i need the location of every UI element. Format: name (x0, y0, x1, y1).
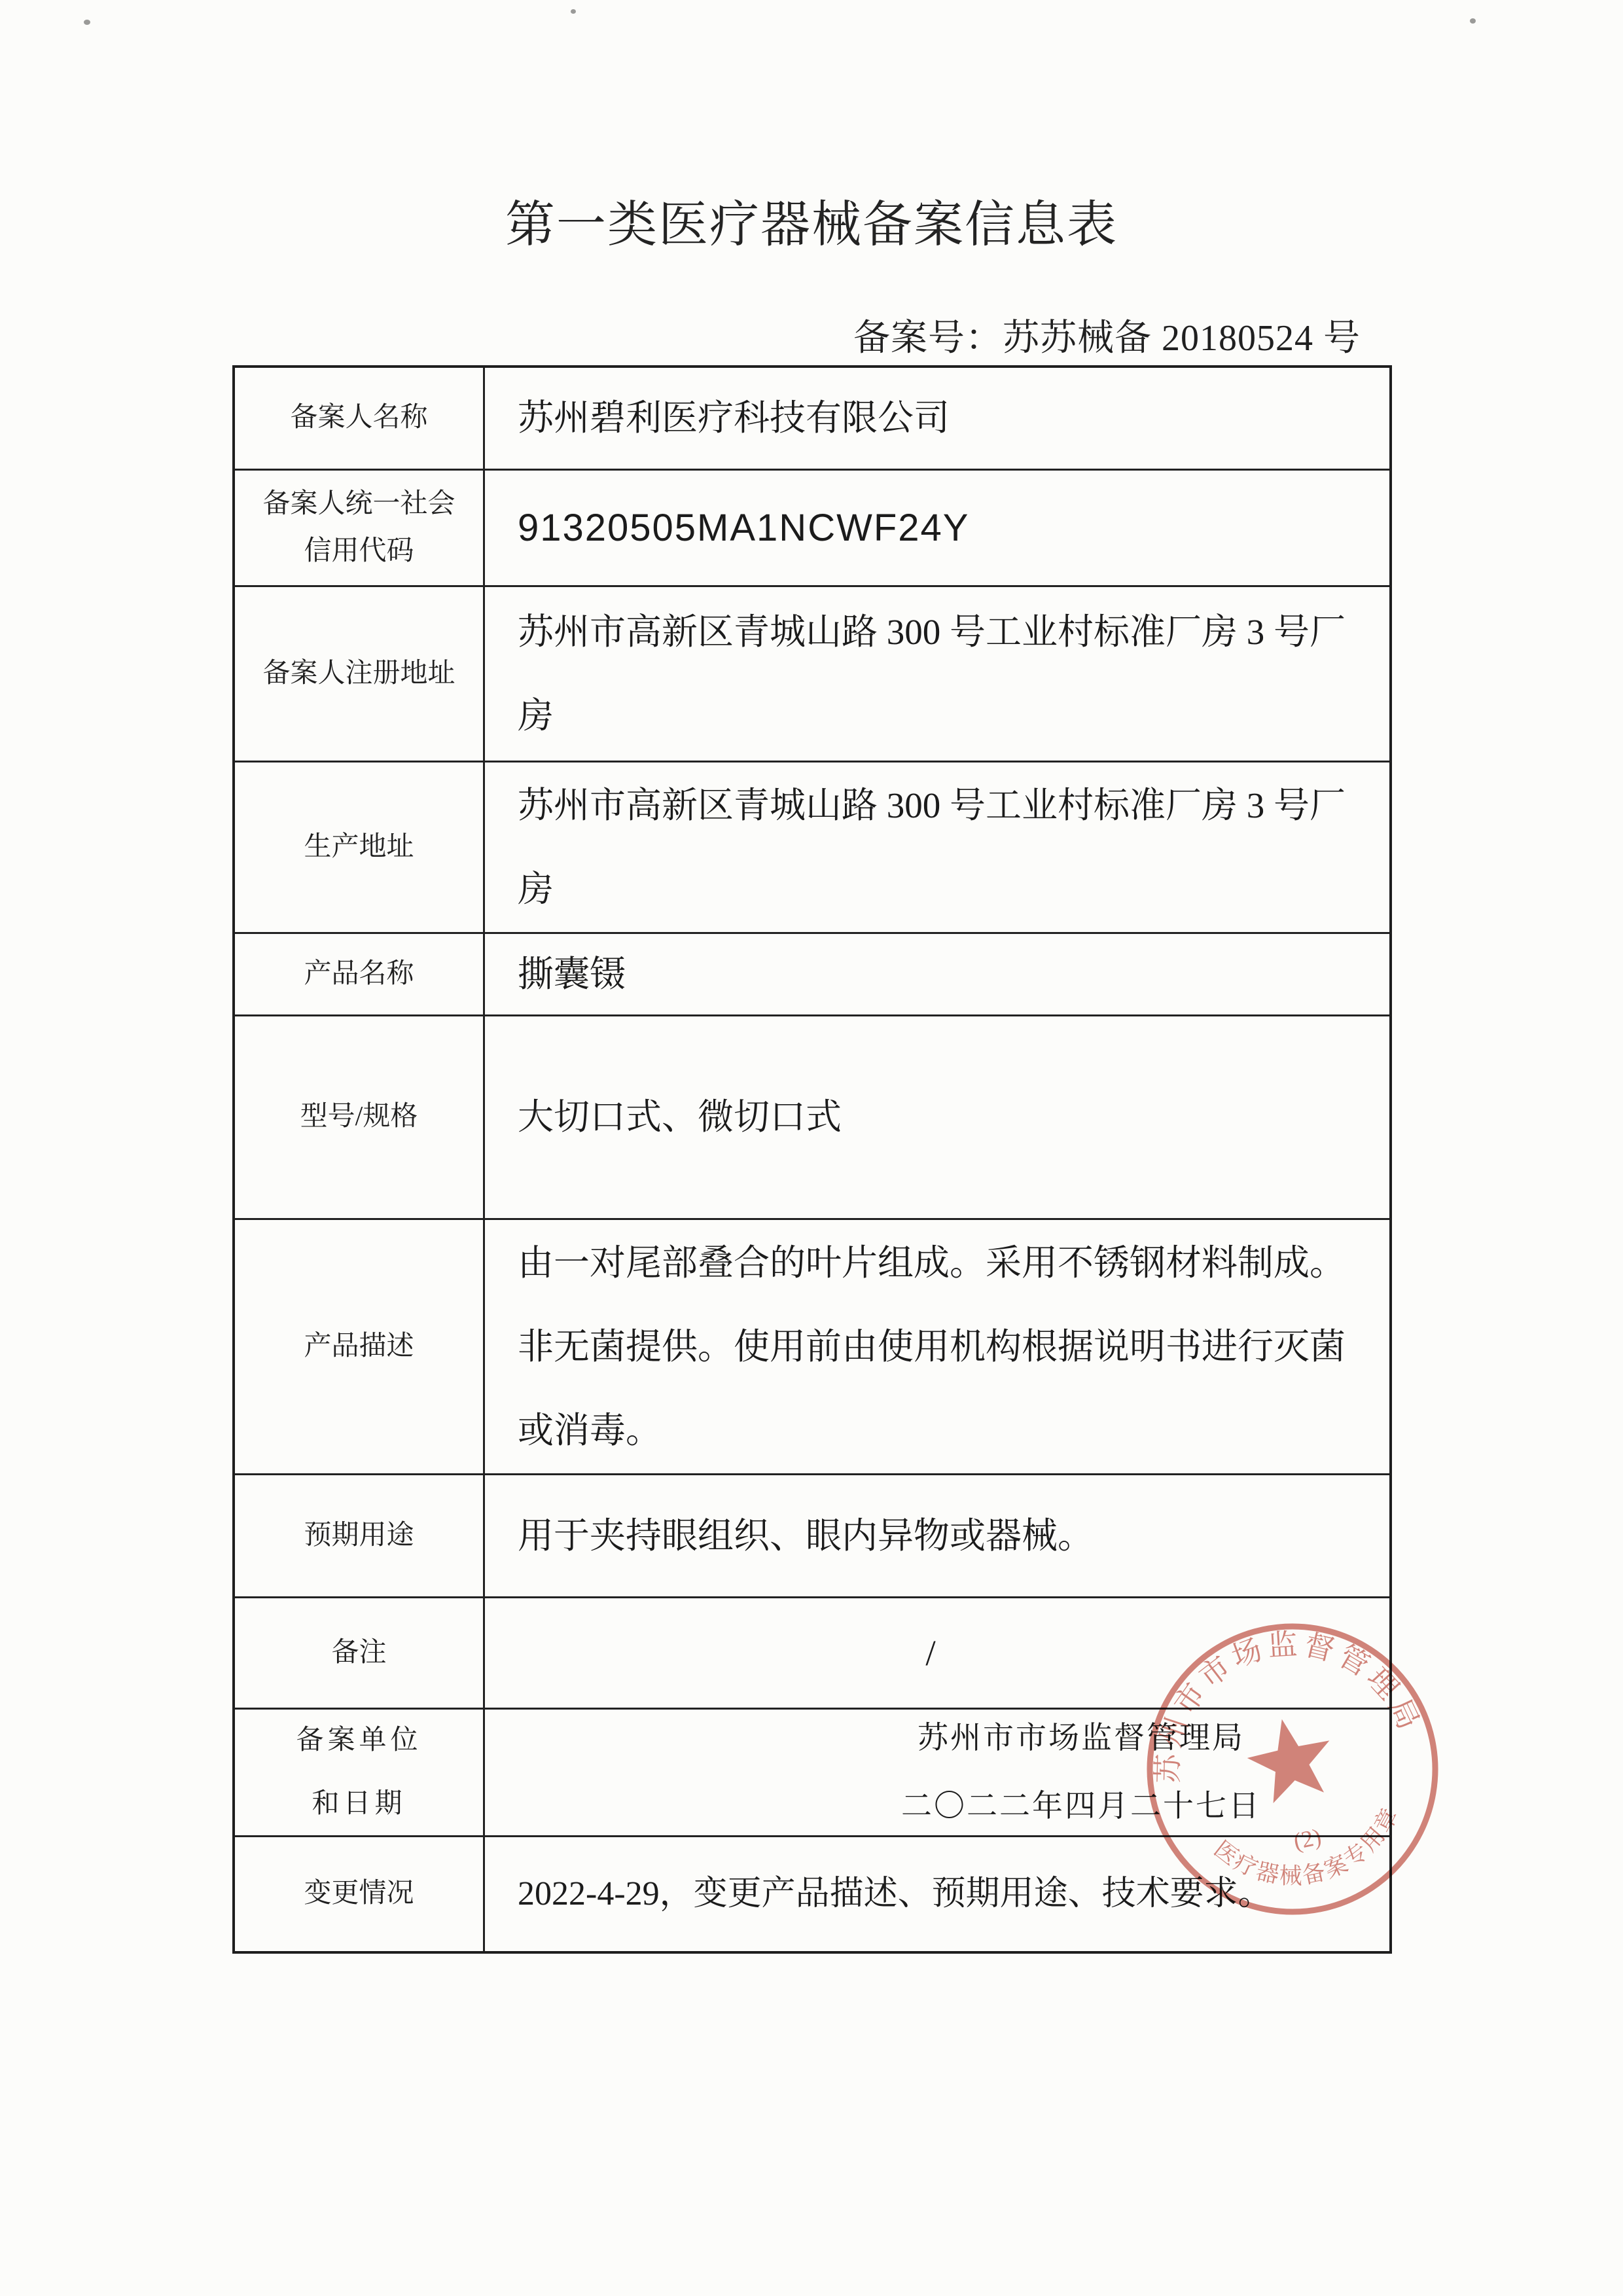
row-label: 变更情况 (235, 1837, 485, 1951)
seal-number: (2) (1291, 1823, 1323, 1855)
page-title: 第一类医疗器械备案信息表 (0, 185, 1623, 256)
row-value: 苏州碧利医疗科技有限公司 (485, 368, 1389, 469)
document-page: 第一类医疗器械备案信息表 备案号：苏苏械备 20180524 号 备案人名称 苏… (0, 0, 1623, 2296)
row-value: 由一对尾部叠合的叶片组成。采用不锈钢材料制成。 非无菌提供。使用前由使用机构根据… (485, 1220, 1389, 1473)
row-label: 备注 (235, 1598, 485, 1708)
row-label: 生产地址 (235, 762, 485, 932)
table-row-model-spec: 型号/规格 大切口式、微切口式 (235, 1014, 1389, 1218)
row-label: 产品名称 (235, 934, 485, 1014)
row-value: 91320505MA1NCWF24Y (485, 471, 1389, 585)
filing-number: 备案号：苏苏械备 20180524 号 (232, 309, 1392, 361)
scan-speck (1470, 18, 1476, 24)
seal-bottom-text: 医疗器械备案专用章 (1206, 1799, 1415, 1907)
row-value: 大切口式、微切口式 (485, 1016, 1389, 1218)
scan-speck (84, 20, 90, 25)
table-row-intended-use: 预期用途 用于夹持眼组织、眼内异物或器械。 (235, 1473, 1389, 1596)
table-row-product-description: 产品描述 由一对尾部叠合的叶片组成。采用不锈钢材料制成。 非无菌提供。使用前由使… (235, 1218, 1389, 1473)
table-row-applicant-name: 备案人名称 苏州碧利医疗科技有限公司 (235, 368, 1389, 469)
row-label: 型号/规格 (235, 1016, 485, 1218)
row-value: 撕囊镊 (485, 934, 1389, 1014)
row-value: 苏州市高新区青城山路 300 号工业村标准厂房 3 号厂 房 (485, 587, 1389, 761)
official-seal-stamp: 苏州市市场监督管理局 医疗器械备案专用章 (2) (1113, 1590, 1472, 1948)
table-row-registered-address: 备案人注册地址 苏州市高新区青城山路 300 号工业村标准厂房 3 号厂 房 (235, 585, 1389, 761)
seal-star-icon (1241, 1710, 1340, 1806)
row-label: 预期用途 (235, 1475, 485, 1596)
row-label: 备案人名称 (235, 368, 485, 469)
scan-speck (571, 9, 576, 14)
table-row-product-name: 产品名称 撕囊镊 (235, 932, 1389, 1014)
row-value: 苏州市高新区青城山路 300 号工业村标准厂房 3 号厂 房 (485, 762, 1389, 932)
table-row-credit-code: 备案人统一社会 信用代码 91320505MA1NCWF24Y (235, 469, 1389, 585)
row-label: 备案单位 和日期 (235, 1710, 485, 1835)
row-label: 产品描述 (235, 1220, 485, 1473)
row-value: 用于夹持眼组织、眼内异物或器械。 (485, 1475, 1389, 1596)
table-row-production-address: 生产地址 苏州市高新区青城山路 300 号工业村标准厂房 3 号厂 房 (235, 761, 1389, 932)
row-label: 备案人注册地址 (235, 587, 485, 761)
row-label: 备案人统一社会 信用代码 (235, 471, 485, 585)
